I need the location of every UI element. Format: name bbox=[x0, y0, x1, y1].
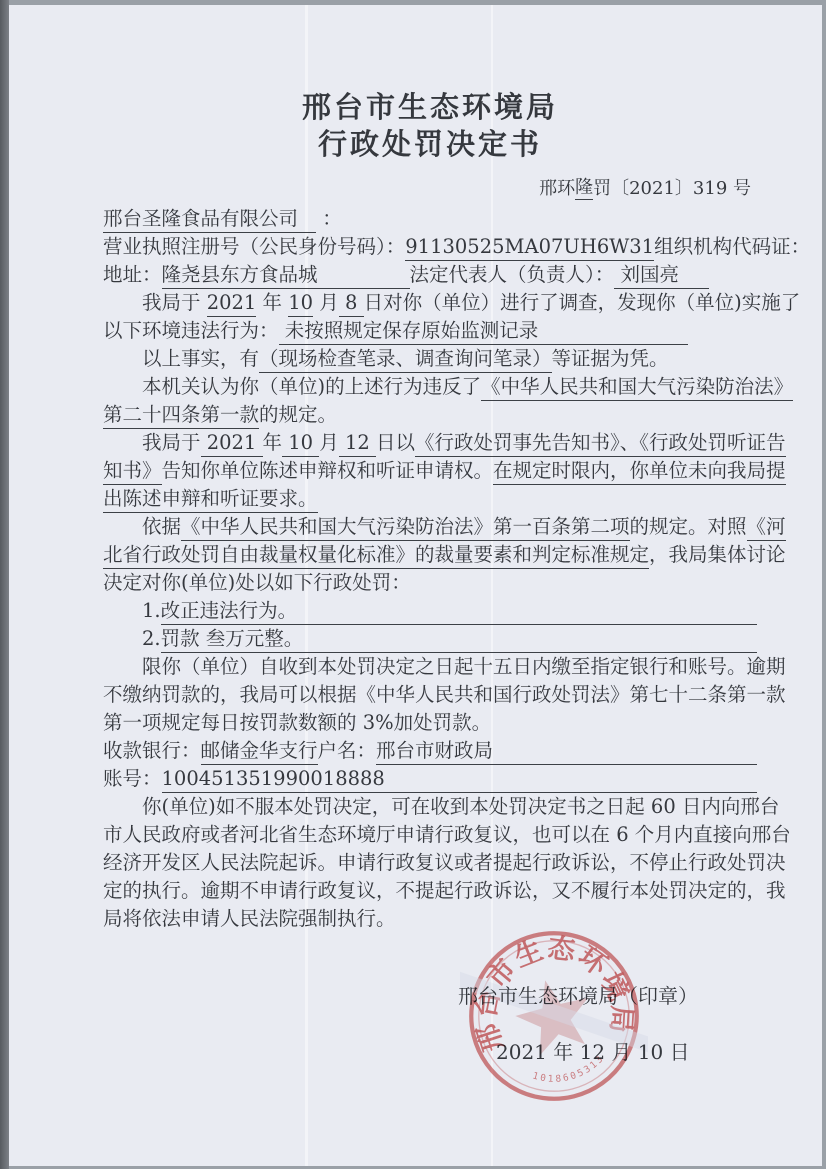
document-line: 1.改正违法行为。 bbox=[103, 597, 757, 625]
text: 以下环境违法行为： bbox=[103, 317, 279, 345]
document-line: 我局于 2021 年 10 月 12 日以《行政处罚事先告知书》、《行政处罚听证… bbox=[103, 429, 757, 457]
scanned-page: 邢台市生态环境局 行政处罚决定书 邢环隆罚〔2021〕319 号 邢台圣隆食品有… bbox=[0, 0, 826, 1169]
blank-underline bbox=[303, 625, 757, 653]
document-line: 经济开发区人民法院起诉。申请行政复议或者提起行政诉讼，不停止行政处罚决 bbox=[103, 849, 757, 877]
text: 不缴纳罚款的，我局可以根据《中华人民共和国行政处罚法》第七十二条第一款 bbox=[103, 681, 786, 709]
document-paper: 邢台市生态环境局 行政处罚决定书 邢环隆罚〔2021〕319 号 邢台圣隆食品有… bbox=[9, 5, 822, 1166]
text: 市人民政府或者河北省生态环境厅申请行政复议，也可以在 6 个月内直接向邢台 bbox=[103, 821, 791, 849]
text: 户名： bbox=[318, 737, 377, 765]
document-line: 市人民政府或者河北省生态环境厅申请行政复议，也可以在 6 个月内直接向邢台 bbox=[103, 821, 757, 849]
document-line: 账号：100451351990018888 bbox=[103, 765, 757, 793]
text: 邢环 bbox=[539, 174, 575, 200]
blank-underline bbox=[385, 765, 757, 793]
document-line: 依据《中华人民共和国大气污染防治法》第一百条第二项的规定。对照《河 bbox=[103, 513, 757, 541]
document-line: 北省行政处罚自由裁量权量化标准》的裁量要素和判定标准规定，我局集体讨论 bbox=[103, 541, 757, 569]
text: 以上事实，有 bbox=[142, 345, 259, 373]
document-line: 第一项规定每日按罚款数额的 3%加处罚款。 bbox=[103, 709, 757, 737]
document-line: 限你（单位）自收到本处罚决定之日起十五日内缴至指定银行和账号。逾期 bbox=[103, 653, 757, 681]
text: 日以 bbox=[376, 429, 415, 457]
underlined-text: 知书》 bbox=[103, 457, 162, 485]
text: 限你（单位）自收到本处罚决定之日起十五日内缴至指定银行和账号。逾期 bbox=[142, 653, 786, 681]
underlined-text: 《河 bbox=[747, 513, 786, 541]
underlined-text: 邢台圣隆食品有限公司 bbox=[103, 205, 298, 233]
blank-underline bbox=[298, 205, 316, 233]
document-line: 出陈述申辩和听证要求。 bbox=[103, 485, 757, 513]
underlined-text: 隆 bbox=[575, 173, 593, 200]
text: 我局于 bbox=[142, 289, 207, 317]
text: 账号： bbox=[103, 765, 162, 793]
document-line: 第二十四条第一款的规定。 bbox=[103, 401, 757, 429]
document-body: 邢台圣隆食品有限公司 ：营业执照注册号（公民身份号码）：91130525MA07… bbox=[103, 205, 757, 933]
underlined-text: 8 bbox=[339, 289, 364, 317]
underlined-text: 《行政处罚事先告知书》、《行政处罚听证告 bbox=[415, 429, 786, 457]
underlined-text: 罚款 叁万元整。 bbox=[161, 625, 304, 653]
underlined-text: 隆尧县东方食品城 bbox=[162, 261, 318, 289]
text: 定的执行。逾期不申请行政复议，不提起行政诉讼，又不履行本处罚决定的，我 bbox=[103, 877, 786, 905]
text: 罚〔2021〕319 号 bbox=[593, 174, 751, 200]
text: 地址： bbox=[103, 261, 162, 289]
document-line: 本机关认为你（单位)的上述行为违反了《中华人民共和国大气污染防治法》 bbox=[103, 373, 757, 401]
blank-underline bbox=[493, 737, 757, 765]
underlined-text: （现场检查笔录、调查询问笔录） bbox=[259, 345, 552, 373]
text: 2. bbox=[142, 625, 161, 653]
text: 依据 bbox=[142, 513, 181, 541]
text: 经济开发区人民法院起诉。申请行政复议或者提起行政诉讼，不停止行政处罚决 bbox=[103, 849, 786, 877]
underlined-text: 邮储金华支行 bbox=[201, 737, 318, 765]
text: 我局于 bbox=[142, 429, 201, 457]
text: 第一项规定每日按罚款数额的 3%加处罚款。 bbox=[103, 709, 491, 737]
document-line: 2.罚款 叁万元整。 bbox=[103, 625, 757, 653]
blank-underline bbox=[318, 261, 410, 289]
document-line: 营业执照注册号（公民身份号码）：91130525MA07UH6W31组织机构代码… bbox=[103, 233, 757, 261]
underlined-text: 2021 bbox=[207, 289, 257, 317]
document-line: 地址：隆尧县东方食品城法定代表人（负责人）： 刘国亮 bbox=[103, 261, 757, 289]
text: 等证据为凭。 bbox=[552, 345, 669, 373]
text: 本机关认为你（单位)的上述行为违反了 bbox=[142, 373, 481, 401]
document-number: 邢环隆罚〔2021〕319 号 bbox=[103, 176, 757, 200]
document-line: 知书》告知你单位陈述申辩权和听证申请权。在规定时限内，你单位未向我局提 bbox=[103, 457, 757, 485]
scan-left-edge bbox=[0, 0, 9, 1169]
blank-underline bbox=[538, 317, 688, 345]
text: 的规定。 bbox=[259, 401, 337, 429]
blank-underline bbox=[297, 597, 757, 625]
text: 法定代表人（负责人）： bbox=[410, 261, 615, 289]
text: 1. bbox=[142, 597, 161, 625]
text: 你(单位)如不服本处罚决定，可在收到本处罚决定书之日起 60 日内向邢台 bbox=[142, 793, 779, 821]
underlined-text: 2021 bbox=[201, 429, 263, 457]
text: ，我局集体讨论 bbox=[649, 541, 786, 569]
underlined-text: 12 bbox=[339, 429, 376, 457]
document-line: 决定对你(单位)处以如下行政处罚： bbox=[103, 569, 757, 597]
document-line: 定的执行。逾期不申请行政复议，不提起行政诉讼，又不履行本处罚决定的，我 bbox=[103, 877, 757, 905]
document-line: 我局于 2021 年 10 月 8 日对你（单位）进行了调查，发现你（单位)实施… bbox=[103, 289, 757, 317]
document-content: 邢台市生态环境局 行政处罚决定书 邢环隆罚〔2021〕319 号 邢台圣隆食品有… bbox=[103, 89, 757, 933]
document-line: 以下环境违法行为： 未按照规定保存原始监测记录 bbox=[103, 317, 757, 345]
underlined-text: 91130525MA07UH6W31 bbox=[405, 233, 654, 261]
text: 决定对你(单位)处以如下行政处罚： bbox=[103, 569, 411, 597]
underlined-text: 邢台市财政局 bbox=[376, 737, 493, 765]
underlined-text: 10 bbox=[288, 289, 313, 317]
text: 组织机构代码证： bbox=[654, 233, 810, 261]
document-title-agency: 邢台市生态环境局 bbox=[103, 89, 757, 126]
document-line: 以上事实，有（现场检查笔录、调查询问笔录）等证据为凭。 bbox=[103, 345, 757, 373]
underlined-text: 改正违法行为。 bbox=[161, 597, 298, 625]
underlined-text: 北省行政处罚自由裁量权量化标准》的裁量要素和判定标准规定 bbox=[103, 541, 649, 569]
text: ： bbox=[316, 205, 342, 233]
underlined-text: 未按照规定保存原始监测记录 bbox=[279, 317, 539, 345]
document-line: 局将依法申请人民法院强制执行。 bbox=[103, 905, 757, 933]
underlined-text: 《中华人民共和国大气污染防治法》 bbox=[481, 373, 793, 401]
text: 局将依法申请人民法院强制执行。 bbox=[103, 905, 396, 933]
underlined-text: 在规定时限内，你单位未向我局提 bbox=[493, 457, 786, 485]
underlined-text: 第二十四条第一款 bbox=[103, 401, 259, 429]
document-title-type: 行政处罚决定书 bbox=[103, 126, 757, 163]
underlined-text: 《中华人民共和国大气污染防治法》第一百条第二项 bbox=[181, 513, 630, 541]
underlined-text: 100451351990018888 bbox=[162, 765, 385, 793]
document-line: 不缴纳罚款的，我局可以根据《中华人民共和国行政处罚法》第七十二条第一款 bbox=[103, 681, 757, 709]
document-line: 你(单位)如不服本处罚决定，可在收到本处罚决定书之日起 60 日内向邢台 bbox=[103, 793, 757, 821]
text: 月 bbox=[313, 289, 339, 317]
text: 收款银行： bbox=[103, 737, 201, 765]
text: 月 bbox=[319, 429, 339, 457]
text: 营业执照注册号（公民身份号码）： bbox=[103, 233, 405, 261]
document-line: 收款银行：邮储金华支行户名：邢台市财政局 bbox=[103, 737, 757, 765]
text: 年 bbox=[263, 429, 283, 457]
text: 告知你单位陈述申辩权和听证申请权。 bbox=[162, 457, 494, 485]
text: 的规定。对照 bbox=[630, 513, 747, 541]
document-line: 邢台圣隆食品有限公司 ： bbox=[103, 205, 757, 233]
underlined-text: 刘国亮 bbox=[614, 261, 679, 289]
underlined-text: 出陈述申辩和听证要求。 bbox=[103, 485, 318, 513]
underlined-text: 10 bbox=[282, 429, 319, 457]
text: 日对你（单位）进行了调查，发现你（单位)实施了 bbox=[364, 289, 801, 317]
blank-underline bbox=[679, 261, 709, 289]
text: 年 bbox=[256, 289, 288, 317]
